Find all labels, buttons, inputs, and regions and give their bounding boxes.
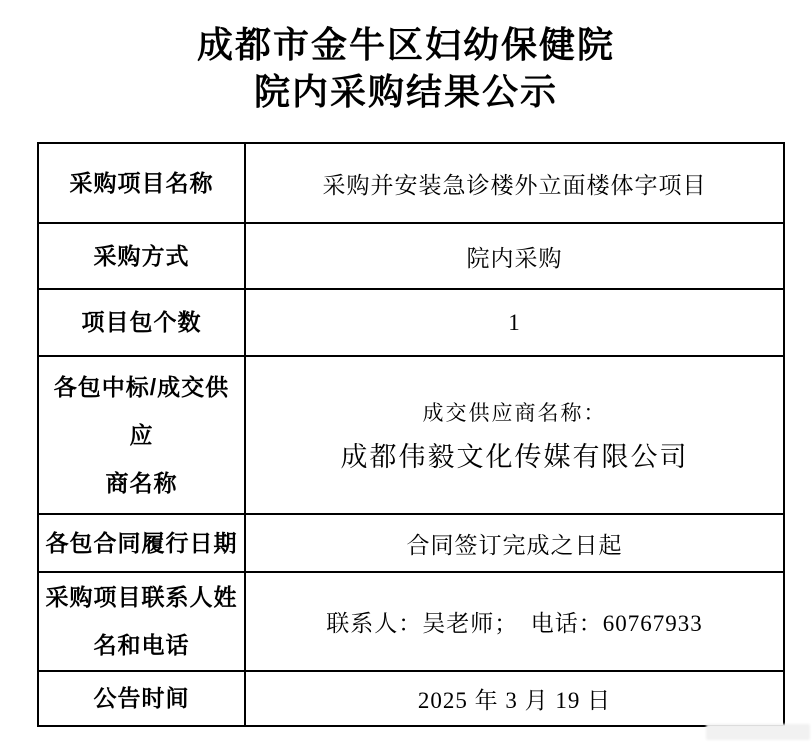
table-row-contact: 采购项目联系人姓 名和电话 联系人：吴老师； 电话：60767933	[38, 572, 784, 671]
page-title-line-1: 成都市金牛区妇幼保健院	[197, 25, 615, 65]
table-row-project-name: 采购项目名称 采购并安装急诊楼外立面楼体字项目	[38, 143, 784, 223]
page-title-line-2: 院内采购结果公示	[254, 72, 558, 112]
table-row-procurement-method: 采购方式 院内采购	[38, 223, 784, 289]
row-label-winning-supplier: 各包中标/成交供应 商名称	[38, 356, 245, 514]
row-label-procurement-method: 采购方式	[38, 223, 245, 289]
page-title: 成都市金牛区妇幼保健院 院内采购结果公示	[0, 22, 812, 116]
table-row-contract-date: 各包合同履行日期 合同签订完成之日起	[38, 514, 784, 572]
announcement-page: 成都市金牛区妇幼保健院 院内采购结果公示 采购项目名称 采购并安装急诊楼外立面楼…	[0, 0, 812, 747]
row-label-announce-time: 公告时间	[38, 671, 245, 726]
row-value-package-count: 1	[245, 289, 784, 356]
row-value-project-name: 采购并安装急诊楼外立面楼体字项目	[245, 143, 784, 223]
table-row-winning-supplier: 各包中标/成交供应 商名称 成交供应商名称： 成都伟毅文化传媒有限公司	[38, 356, 784, 514]
procurement-result-table: 采购项目名称 采购并安装急诊楼外立面楼体字项目 采购方式 院内采购 项目包个数 …	[37, 142, 785, 727]
table-row-announce-time: 公告时间 2025 年 3 月 19 日	[38, 671, 784, 726]
row-label-project-name: 采购项目名称	[38, 143, 245, 223]
row-value-procurement-method: 院内采购	[245, 223, 784, 289]
supplier-name: 成都伟毅文化传媒有限公司	[252, 435, 777, 474]
row-label-package-count: 项目包个数	[38, 289, 245, 356]
row-value-contact: 联系人：吴老师； 电话：60767933	[245, 572, 784, 671]
row-value-announce-time: 2025 年 3 月 19 日	[245, 671, 784, 726]
row-label-contact: 采购项目联系人姓 名和电话	[38, 572, 245, 671]
table-row-package-count: 项目包个数 1	[38, 289, 784, 356]
row-value-winning-supplier: 成交供应商名称： 成都伟毅文化传媒有限公司	[245, 356, 784, 514]
supplier-caption: 成交供应商名称：	[252, 397, 777, 427]
row-value-contract-date: 合同签订完成之日起	[245, 514, 784, 572]
row-label-contract-date: 各包合同履行日期	[38, 514, 245, 572]
watermark-smudge	[706, 724, 810, 740]
